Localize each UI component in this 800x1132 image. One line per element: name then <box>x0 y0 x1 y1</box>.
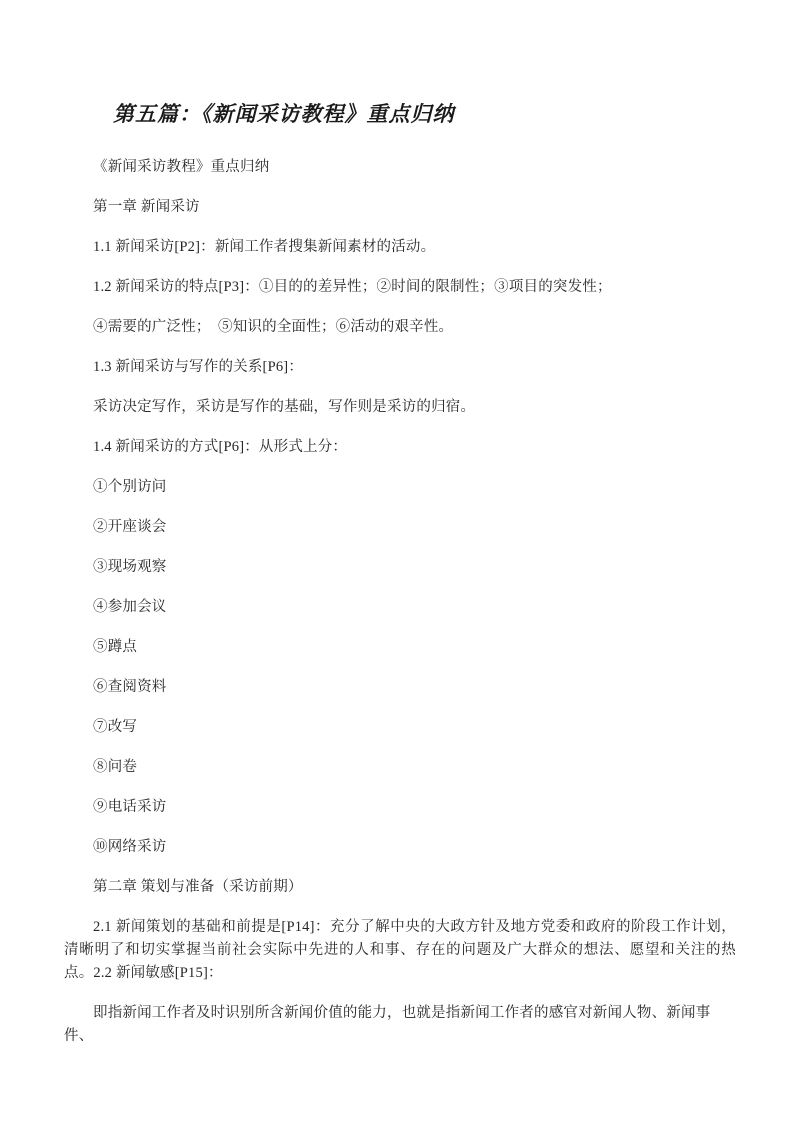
paragraph-1-2-continued: ④需要的广泛性； ⑤知识的全面性；⑥活动的艰辛性。 <box>64 316 736 339</box>
list-item-3: ③现场观察 <box>64 556 736 579</box>
paragraph-1-3: 1.3 新闻采访与写作的关系[P6]： <box>64 356 736 379</box>
document-page: 第五篇：《新闻采访教程》重点归纳 《新闻采访教程》重点归纳 第一章 新闻采访 1… <box>0 0 800 1132</box>
list-item-4: ④参加会议 <box>64 596 736 619</box>
paragraph-1-2: 1.2 新闻采访的特点[P3]：①目的的差异性；②时间的限制性；③项目的突发性； <box>64 276 736 299</box>
subtitle: 《新闻采访教程》重点归纳 <box>64 156 736 179</box>
document-title: 第五篇：《新闻采访教程》重点归纳 <box>64 99 736 129</box>
paragraph-1-4: 1.4 新闻采访的方式[P6]：从形式上分： <box>64 436 736 459</box>
list-item-10: ⑩网络采访 <box>64 836 736 859</box>
paragraph-2-2-body: 即指新闻工作者及时识别所含新闻价值的能力，也就是指新闻工作者的感官对新闻人物、新… <box>64 1002 736 1048</box>
paragraph-1-1: 1.1 新闻采访[P2]：新闻工作者搜集新闻素材的活动。 <box>64 236 736 259</box>
list-item-1: ①个别访问 <box>64 476 736 499</box>
list-item-2: ②开座谈会 <box>64 516 736 539</box>
paragraph-1-3-body: 采访决定写作，采访是写作的基础，写作则是采访的归宿。 <box>64 396 736 419</box>
list-item-7: ⑦改写 <box>64 716 736 739</box>
paragraph-2-1: 2.1 新闻策划的基础和前提是[P14]：充分了解中央的大政方针及地方党委和政府… <box>64 916 736 985</box>
chapter-1-heading: 第一章 新闻采访 <box>64 196 736 219</box>
chapter-2-heading: 第二章 策划与准备（采访前期） <box>64 876 736 899</box>
list-item-6: ⑥查阅资料 <box>64 676 736 699</box>
list-item-8: ⑧问卷 <box>64 756 736 779</box>
list-item-9: ⑨电话采访 <box>64 796 736 819</box>
list-item-5: ⑤蹲点 <box>64 636 736 659</box>
